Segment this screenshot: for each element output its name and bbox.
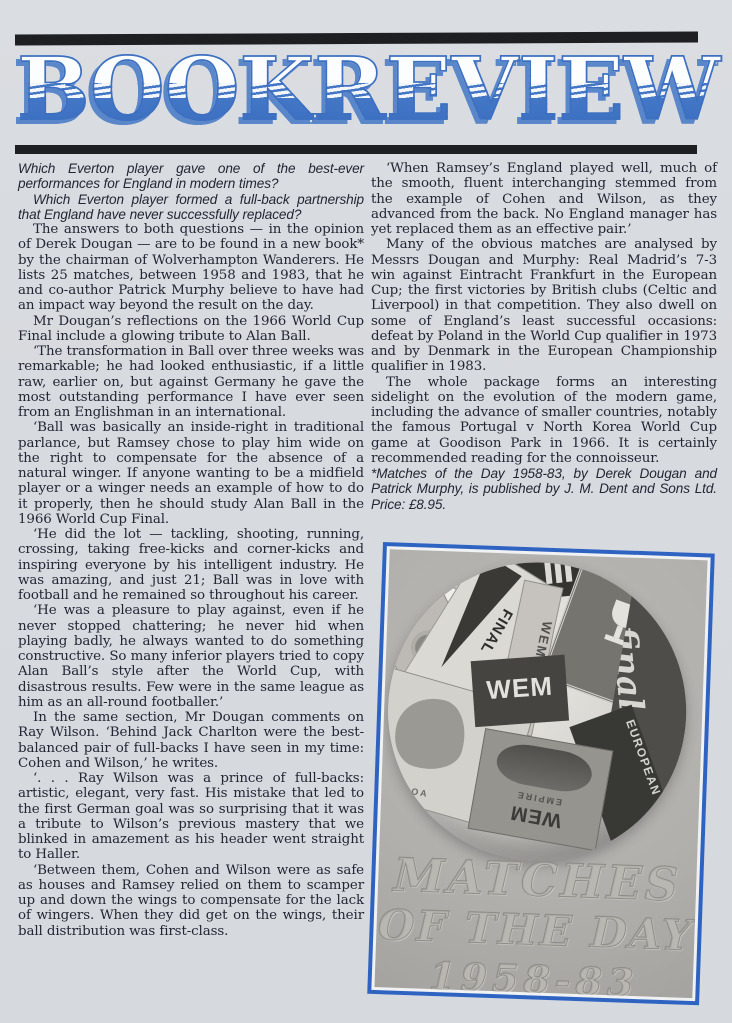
title-letter: O (165, 46, 240, 134)
book-cover-image: BENFICA final FINAL WEMBLEY EUROPEAN CUP (374, 549, 707, 998)
paragraph: ‘He was a pleasure to play against, even… (18, 603, 364, 710)
paragraph: ‘When Ramsey’s England played well, much… (371, 161, 717, 237)
article-left-column: Which Everton player gave one of the bes… (18, 161, 364, 939)
programme-cover-fragment: WEM (471, 655, 569, 727)
paragraph: In the same section, Mr Dougan comments … (18, 710, 364, 771)
title-letter: W (624, 46, 721, 134)
title-letter: O (90, 46, 165, 134)
title-letter: R (314, 46, 385, 134)
paragraph: ‘The transformation in Ball over three w… (18, 344, 364, 420)
page-title: BOOKREVIEW (17, 46, 714, 144)
paragraph: ‘Ball was basically an inside-right in t… (18, 420, 364, 527)
programme-cover-fragment: WEM EMPIRE (468, 728, 614, 851)
magazine-page: BOOKREVIEW Which Everton player gave one… (0, 0, 732, 1023)
title-letter: K (240, 46, 315, 134)
programme-football: BENFICA final FINAL WEMBLEY EUROPEAN CUP (383, 557, 691, 865)
article-right-column: ‘When Ramsey’s England played well, much… (371, 161, 717, 512)
title-underline-rule (15, 145, 697, 154)
book-title: MATCHES OF THE DAY 1958-83 (374, 849, 697, 998)
paragraph: ‘He did the lot — tackling, shooting, ru… (18, 527, 364, 603)
paragraph: ‘Between them, Cohen and Wilson were as … (18, 863, 364, 939)
intro-question: Which Everton player formed a full-back … (18, 192, 364, 223)
title-letter: E (386, 46, 452, 134)
paragraph: The whole package forms an interesting s… (371, 375, 717, 467)
title-letter: E (558, 46, 624, 134)
title-letter: B (17, 46, 90, 134)
title-letter: I (518, 46, 558, 134)
title-letter: V (451, 46, 518, 134)
paragraph: Many of the obvious matches are analysed… (371, 237, 717, 374)
paragraph: Mr Dougan’s reflections on the 1966 Worl… (18, 314, 364, 345)
book-footnote: *Matches of the Day 1958-83, by Derek Do… (371, 466, 717, 512)
map-icon (387, 689, 474, 778)
intro-question: Which Everton player gave one of the bes… (18, 161, 364, 192)
paragraph: The answers to both questions — in the o… (18, 222, 364, 314)
paragraph: ‘. . . Ray Wilson was a prince of full-b… (18, 771, 364, 863)
book-cover-photo: BENFICA final FINAL WEMBLEY EUROPEAN CUP (367, 542, 715, 1005)
